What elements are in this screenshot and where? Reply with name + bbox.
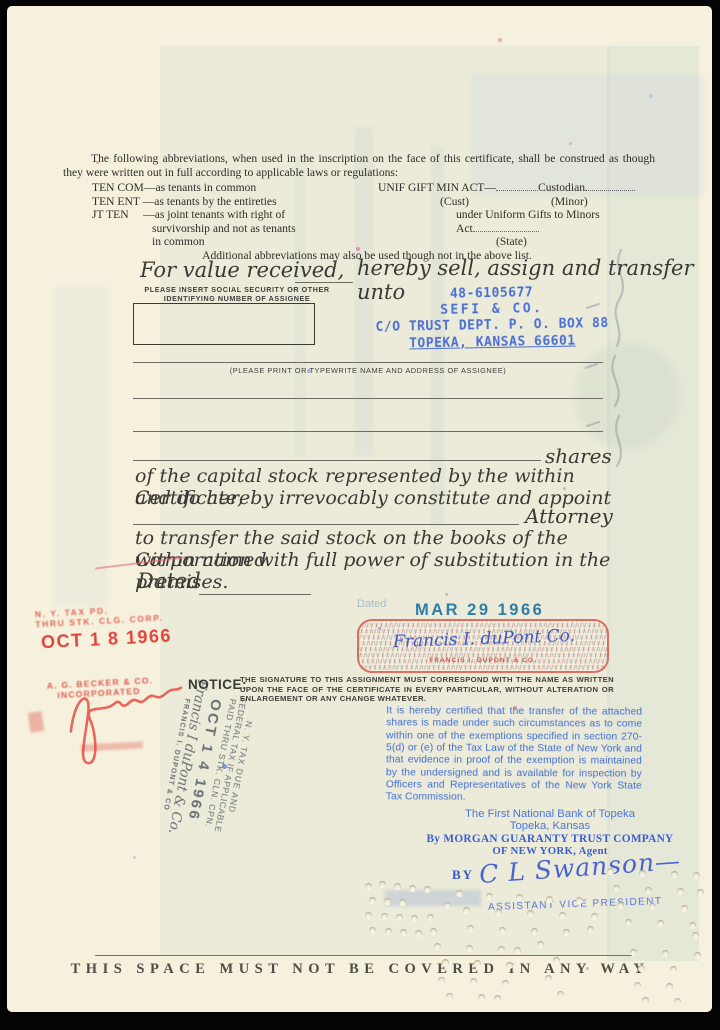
bottom-notice-text: THIS SPACE MUST NOT BE COVERED IN ANY WA…	[60, 961, 660, 978]
ssn-entry-box	[133, 303, 315, 345]
punch-hole	[442, 959, 449, 966]
by-label: BY	[452, 867, 474, 883]
punch-hole	[630, 949, 637, 956]
punch-hole	[478, 994, 485, 1001]
red-stamp-fragment	[28, 711, 45, 733]
agent-name-line: By MORGAN GUARANTY TRUST COMPANY	[420, 833, 680, 845]
blank-line-short	[295, 282, 353, 283]
bank-city-line: Topeka, Kansas	[420, 820, 680, 832]
punch-hole	[467, 925, 474, 932]
cust-minor-row: (Cust)(Minor)	[378, 195, 650, 209]
punch-hole	[424, 886, 431, 893]
punch-hole	[642, 997, 649, 1004]
punch-hole	[427, 914, 434, 921]
punch-hole	[456, 890, 463, 897]
abbreviations-left-column: TEN COM—as tenants in common TEN ENT —as…	[92, 181, 296, 249]
dotted-leader	[496, 181, 538, 191]
abbrev-jt-ten: JT TEN —as joint tenants with right of	[92, 208, 296, 222]
punch-hole	[662, 950, 669, 957]
punch-hole	[657, 920, 664, 927]
for-value-received-script: For value received,	[140, 258, 344, 282]
punch-hole	[411, 915, 418, 922]
ruled-line-attorney	[133, 524, 519, 525]
minor-label: (Minor)	[469, 195, 588, 208]
becker-date-stamp: OCT 1 8 1966	[41, 626, 173, 654]
punch-hole	[385, 928, 392, 935]
scan-speckle	[378, 627, 381, 630]
notice-text: THE SIGNATURE TO THIS ASSIGNMENT MUST CO…	[240, 675, 614, 704]
scan-speckle	[370, 566, 373, 569]
punch-hole	[396, 914, 403, 921]
punch-hole	[591, 913, 598, 920]
abbreviations-right-column: UNIF GIFT MIN ACT—Custodian (Cust)(Minor…	[378, 181, 650, 249]
ssn-instruction-line2: IDENTIFYING NUMBER OF ASSIGNEE	[137, 294, 337, 303]
punch-hole	[438, 977, 445, 984]
punch-hole	[677, 888, 684, 895]
punch-hole	[474, 960, 481, 967]
punch-hole	[369, 897, 376, 904]
attorney-label-script: Attorney	[525, 504, 613, 528]
scan-speckle	[445, 593, 448, 596]
punch-hole	[409, 885, 416, 892]
punch-hole	[634, 982, 641, 989]
punch-hole	[470, 978, 477, 985]
showthrough-left	[55, 286, 107, 606]
dated-blank-line	[199, 594, 311, 595]
dotted-leader	[473, 222, 539, 232]
punch-hole	[545, 975, 552, 982]
abbrev-ten-com: TEN COM—as tenants in common	[92, 181, 296, 195]
guarantee-signature: Francis I. duPont Co.	[379, 625, 590, 652]
scan-speckle	[563, 487, 566, 490]
certificate-scan: The following abbreviations, when used i…	[0, 0, 720, 1030]
assignment-body-line4: Corporation with full power of substitut…	[135, 549, 625, 593]
scan-speckle	[586, 967, 589, 970]
punch-hole	[381, 913, 388, 920]
punch-hole	[394, 883, 401, 890]
punch-hole	[639, 870, 646, 877]
punch-hole	[694, 952, 701, 959]
cust-label: (Cust)	[378, 195, 469, 208]
punch-hole	[369, 927, 376, 934]
punch-hole	[527, 910, 534, 917]
punch-hole	[365, 912, 372, 919]
unif-gift-label: UNIF GIFT MIN ACT—	[378, 181, 496, 194]
punch-hole	[537, 941, 544, 948]
punch-hole	[617, 902, 624, 909]
punch-hole	[446, 993, 453, 1000]
punch-hole	[399, 899, 406, 906]
certificate-back-paper: The following abbreviations, when used i…	[7, 6, 712, 1012]
ruled-line-shares	[133, 460, 541, 461]
scan-speckle	[222, 764, 227, 769]
punch-hole	[546, 896, 553, 903]
punch-hole	[506, 962, 513, 969]
punch-hole	[671, 871, 678, 878]
custodian-label: Custodian	[538, 181, 585, 194]
punch-hole	[415, 930, 422, 937]
punch-hole	[499, 927, 506, 934]
punch-hole	[444, 902, 451, 909]
abbreviations-intro: The following abbreviations, when used i…	[63, 152, 655, 180]
punch-hole	[607, 868, 614, 875]
faint-dated-stamp: Dated	[357, 598, 386, 610]
punch-hole	[692, 932, 699, 939]
punch-hole	[495, 909, 502, 916]
assignee-address-stamp: 48-6105677 SEFI & CO. C/O TRUST DEPT. P.…	[346, 283, 637, 353]
punch-hole	[400, 929, 407, 936]
mar-date-stamp: MAR 29 1966	[415, 601, 544, 620]
scan-speckle	[498, 38, 502, 42]
punch-hole	[693, 872, 700, 879]
ssn-instruction-line1: PLEASE INSERT SOCIAL SECURITY OR OTHER	[137, 285, 337, 294]
punch-hole	[379, 881, 386, 888]
scan-speckle	[133, 856, 136, 859]
punch-hole	[559, 912, 566, 919]
print-instruction: (PLEASE PRINT OR TYPEWRITE NAME AND ADDR…	[133, 366, 603, 375]
under-uniform-label: under Uniform Gifts to Minors	[378, 208, 650, 222]
scan-speckle	[514, 706, 517, 709]
tax-certification-text: It is hereby certified that the transfer…	[386, 705, 643, 805]
punch-hole	[494, 995, 501, 1002]
punch-hole	[697, 889, 704, 896]
punch-hole	[466, 945, 473, 952]
notice-label: NOTICE:	[188, 677, 247, 692]
punch-hole	[430, 928, 437, 935]
punch-hole	[681, 905, 688, 912]
punch-hole	[649, 903, 656, 910]
act-label: Act	[456, 222, 473, 235]
scan-speckle	[649, 94, 653, 98]
punch-hole	[689, 922, 696, 929]
abbrev-jt-ten-cont2: in common	[92, 235, 296, 249]
punch-hole	[674, 998, 681, 1005]
punch-hole	[514, 947, 521, 954]
scan-speckle	[569, 142, 572, 145]
punch-hole	[531, 928, 538, 935]
punch-hole	[365, 883, 372, 890]
punch-hole	[563, 929, 570, 936]
scan-speckle	[307, 369, 311, 373]
punch-hole	[516, 894, 523, 901]
punch-hole	[666, 983, 673, 990]
punch-hole	[638, 965, 645, 972]
scan-speckle	[96, 161, 99, 164]
punch-hole	[670, 966, 677, 973]
unif-gift-row: UNIF GIFT MIN ACT—Custodian	[378, 181, 650, 195]
abbreviations-intro-line1: The following abbreviations, when used i…	[63, 152, 655, 166]
punch-hole	[625, 919, 632, 926]
punch-hole	[498, 946, 505, 953]
ssn-instruction: PLEASE INSERT SOCIAL SECURITY OR OTHER I…	[137, 285, 337, 303]
punch-hole	[576, 897, 583, 904]
punch-hole	[502, 980, 509, 987]
punch-hole	[463, 907, 470, 914]
punch-hole	[557, 991, 564, 998]
scan-speckle	[356, 247, 360, 251]
becker-tax-stamp: N. Y. TAX PD. THRU STK. CLG. CORP.	[35, 603, 164, 630]
punch-hole	[587, 926, 594, 933]
dated-label-script: Dated	[137, 569, 201, 593]
bottom-rule	[95, 955, 632, 956]
punch-hole	[384, 898, 391, 905]
showthrough-medallion	[567, 336, 687, 456]
dotted-leader	[585, 181, 635, 191]
guarantee-name-caps: FRANCIS I. DUPONT & CO.	[359, 657, 607, 664]
punch-hole	[553, 957, 560, 964]
state-label: (State)	[378, 235, 650, 249]
abbrev-ten-ent: TEN ENT —as tenants by the entireties	[92, 195, 296, 209]
punch-hole	[486, 893, 493, 900]
ruled-line	[133, 398, 603, 399]
act-row: Act	[378, 222, 650, 236]
abbreviations-intro-line2: they were written out in full according …	[63, 166, 655, 180]
ruled-line	[133, 362, 603, 363]
punch-hole	[613, 885, 620, 892]
ruled-line	[133, 431, 603, 432]
abbrev-jt-ten-cont: survivorship and not as tenants	[92, 222, 296, 236]
punch-hole	[434, 943, 441, 950]
punch-hole	[645, 887, 652, 894]
signature-guarantee-stamp: Francis I. duPont Co. FRANCIS I. DUPONT …	[357, 619, 609, 673]
bank-name-line: The First National Bank of Topeka	[420, 808, 680, 820]
